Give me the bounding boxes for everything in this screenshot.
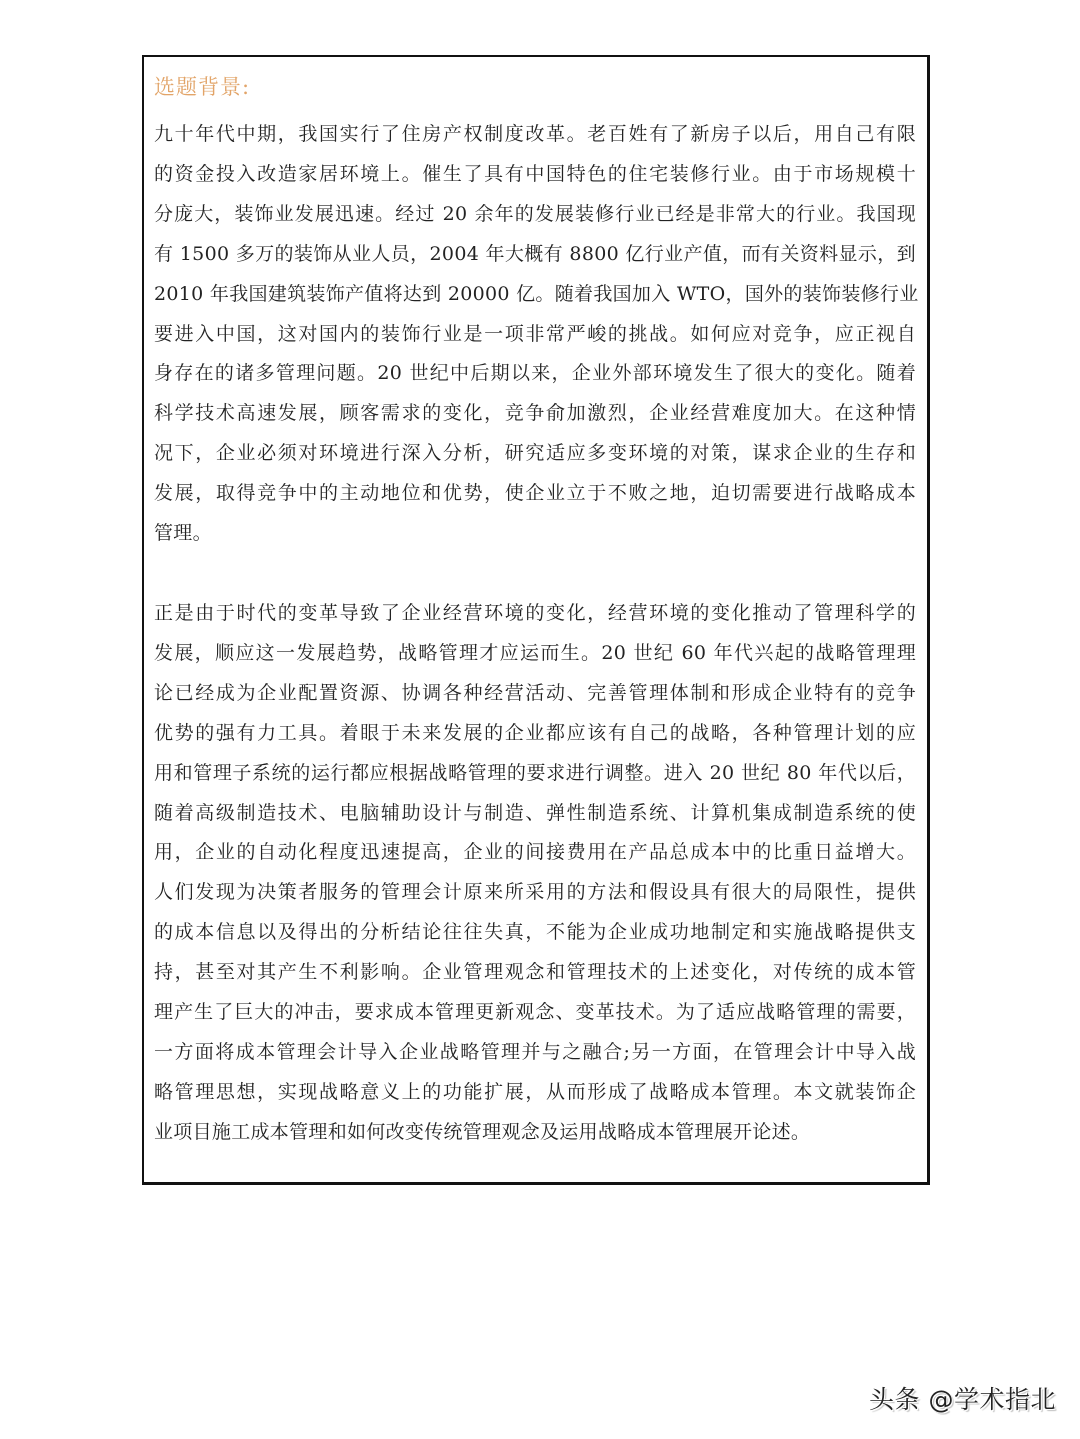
text-line: 管理。 xyxy=(154,514,916,554)
text-line: 有 1500 多万的装饰从业人员，2004 年大概有 8800 亿行业产值，而有… xyxy=(154,235,916,275)
document-frame: 选题背景: 九十年代中期，我国实行了住房产权制度改革。老百姓有了新房子以后，用自… xyxy=(142,55,930,1185)
text-line: 科学技术高速发展，顾客需求的变化，竞争俞加激烈，企业经营难度加大。在这种情 xyxy=(154,394,916,434)
watermark: 头条 @学术指北 xyxy=(869,1380,1056,1416)
text-line: 随着高级制造技术、电脑辅助设计与制造、弹性制造系统、计算机集成制造系统的使 xyxy=(154,794,916,834)
text-line: 分庞大，装饰业发展迅速。经过 20 余年的发展装修行业已经是非常大的行业。我国现 xyxy=(154,195,916,235)
text-line: 要进入中国，这对国内的装饰行业是一项非常严峻的挑战。如何应对竞争，应正视自 xyxy=(154,315,916,355)
text-line: 身存在的诸多管理问题。20 世纪中后期以来，企业外部环境发生了很大的变化。随着 xyxy=(154,354,916,394)
text-line: 理产生了巨大的冲击，要求成本管理更新观念、变革技术。为了适应战略管理的需要， xyxy=(154,993,916,1033)
paragraph-1: 九十年代中期，我国实行了住房产权制度改革。老百姓有了新房子以后，用自己有限 的资… xyxy=(154,115,916,554)
paragraph-2: 正是由于时代的变革导致了企业经营环境的变化，经营环境的变化推动了管理科学的 发展… xyxy=(154,594,916,1153)
text-line: 的成本信息以及得出的分析结论往往失真，不能为企业成功地制定和实施战略提供支 xyxy=(154,913,916,953)
text-line: 一方面将成本管理会计导入企业战略管理并与之融合;另一方面，在管理会计中导入战 xyxy=(154,1033,916,1073)
text-line: 发展，顺应这一发展趋势，战略管理才应运而生。20 世纪 60 年代兴起的战略管理… xyxy=(154,634,916,674)
text-line: 况下，企业必须对环境进行深入分析，研究适应多变环境的对策，谋求企业的生存和 xyxy=(154,434,916,474)
text-line: 2010 年我国建筑装饰产值将达到 20000 亿。随着我国加入 WTO，国外的… xyxy=(154,275,916,315)
text-line: 的资金投入改造家居环境上。催生了具有中国特色的住宅装修行业。由于市场规模十 xyxy=(154,155,916,195)
section-heading: 选题背景: xyxy=(154,71,250,101)
text-line: 论已经成为企业配置资源、协调各种经营活动、完善管理体制和形成企业特有的竞争 xyxy=(154,674,916,714)
text-line: 优势的强有力工具。着眼于未来发展的企业都应该有自己的战略，各种管理计划的应 xyxy=(154,714,916,754)
text-line: 业项目施工成本管理和如何改变传统管理观念及运用战略成本管理展开论述。 xyxy=(154,1113,916,1153)
text-line: 发展，取得竞争中的主动地位和优势，使企业立于不败之地，迫切需要进行战略成本 xyxy=(154,474,916,514)
text-line: 用，企业的自动化程度迅速提高，企业的间接费用在产品总成本中的比重日益增大。 xyxy=(154,833,916,873)
text-line: 正是由于时代的变革导致了企业经营环境的变化，经营环境的变化推动了管理科学的 xyxy=(154,594,916,634)
text-line: 持，甚至对其产生不利影响。企业管理观念和管理技术的上述变化，对传统的成本管 xyxy=(154,953,916,993)
text-line: 人们发现为决策者服务的管理会计原来所采用的方法和假设具有很大的局限性，提供 xyxy=(154,873,916,913)
text-line: 略管理思想，实现战略意义上的功能扩展，从而形成了战略成本管理。本文就装饰企 xyxy=(154,1073,916,1113)
text-line: 用和管理子系统的运行都应根据战略管理的要求进行调整。进入 20 世纪 80 年代… xyxy=(154,754,916,794)
text-line: 九十年代中期，我国实行了住房产权制度改革。老百姓有了新房子以后，用自己有限 xyxy=(154,115,916,155)
